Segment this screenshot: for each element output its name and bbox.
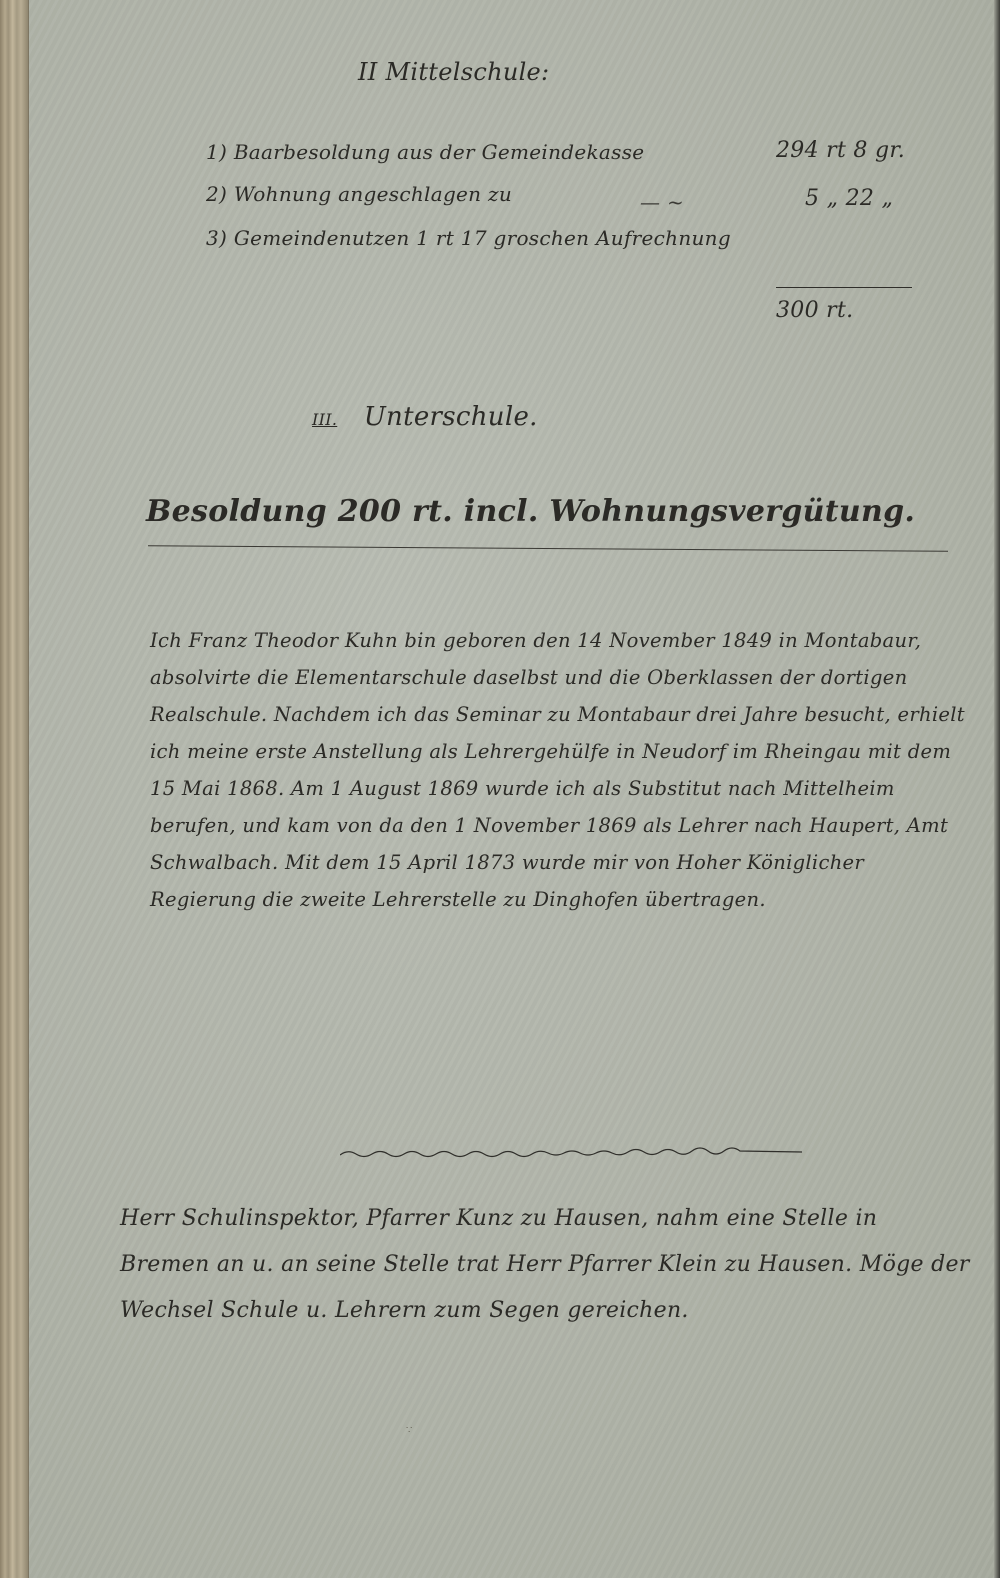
section-ii-item-2-amount: 5 „ 22 „ (805, 186, 893, 211)
item-number: 1) (206, 140, 227, 164)
section-ii-item-1-amount: 294 rt 8 gr. (776, 138, 905, 163)
salary-underline (148, 545, 948, 552)
item-text: Wohnung angeschlagen zu (234, 182, 512, 206)
page-right-edge (994, 0, 1000, 1578)
ink-speck: ∵ (406, 1425, 412, 1436)
item-number: 3) (206, 226, 227, 250)
book-binding-edge (0, 0, 29, 1578)
section-ii-item-1: 1) Baarbesoldung aus der Gemeindekasse (206, 140, 644, 164)
salary-line: Besoldung 200 rt. incl. Wohnungsvergütun… (146, 494, 915, 529)
section-ii-item-2: 2) Wohnung angeschlagen zu (206, 182, 512, 206)
sum-rule (776, 287, 912, 288)
leader-dash: — ~ (640, 190, 684, 214)
ledger-page: II Mittelschule: 1) Baarbesoldung aus de… (0, 0, 1000, 1578)
item-text: Gemeindenutzen 1 rt 17 groschen Aufrechn… (234, 226, 731, 250)
section-iii-title: Unterschule. (364, 402, 538, 432)
item-text: Baarbesoldung aus der Gemeindekasse (234, 140, 645, 164)
item-number: 2) (206, 182, 227, 206)
section-ii-title: II Mittelschule: (358, 58, 549, 86)
section-ii-item-3: 3) Gemeindenutzen 1 rt 17 groschen Aufre… (206, 226, 731, 250)
section-iii-heading: III. Unterschule. (312, 402, 538, 432)
section-ii-total: 300 rt. (776, 298, 853, 323)
section-iii-number: III. (312, 410, 337, 429)
wavy-divider (340, 1146, 802, 1160)
biography-paragraph: Ich Franz Theodor Kuhn bin geboren den 1… (150, 622, 970, 918)
closing-paragraph: Herr Schulinspektor, Pfarrer Kunz zu Hau… (120, 1196, 970, 1334)
